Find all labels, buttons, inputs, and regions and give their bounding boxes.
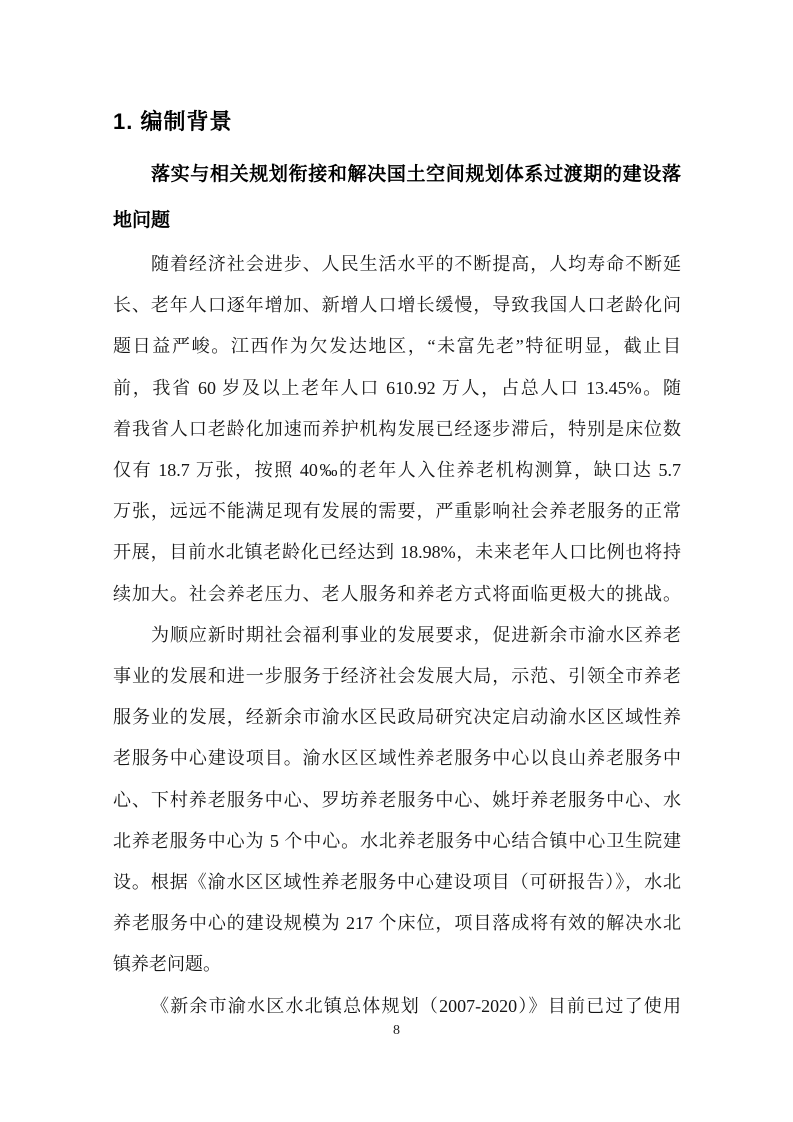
text-line: 设。根据《渝水区区域性养老服务中心建设项目（可研报告）》，水北 bbox=[113, 862, 681, 903]
text-line: 仅有 18.7 万张，按照 40‰的老年人入住养老机构测算，缺口达 5.7 bbox=[113, 450, 681, 491]
text-line: 落实与相关规划衔接和解决国土空间规划体系过渡期的建设落 bbox=[113, 152, 681, 198]
document-content: 1. 编制背景 落实与相关规划衔接和解决国土空间规划体系过渡期的建设落地问题随着… bbox=[113, 0, 681, 1027]
body-paragraph-2: 为顺应新时期社会福利事业的发展要求，促进新余市渝水区养老事业的发展和进一步服务于… bbox=[113, 615, 681, 986]
text-line: 随着经济社会进步、人民生活水平的不断提高，人均寿命不断延 bbox=[113, 244, 681, 285]
text-line: 万张，远远不能满足现有发展的需要，严重影响社会养老服务的正常 bbox=[113, 491, 681, 532]
text-line: 服务业的发展，经新余市渝水区民政局研究决定启动渝水区区域性养 bbox=[113, 697, 681, 738]
paragraphs-container: 落实与相关规划衔接和解决国土空间规划体系过渡期的建设落地问题随着经济社会进步、人… bbox=[113, 152, 681, 1027]
text-line: 地问题 bbox=[113, 198, 681, 244]
text-line: 养老服务中心的建设规模为 217 个床位，项目落成将有效的解决水北 bbox=[113, 903, 681, 944]
text-line: 长、老年人口逐年增加、新增人口增长缓慢，导致我国人口老龄化问 bbox=[113, 285, 681, 326]
document-page: 1. 编制背景 落实与相关规划衔接和解决国土空间规划体系过渡期的建设落地问题随着… bbox=[0, 0, 793, 1122]
text-line: 心、下村养老服务中心、罗坊养老服务中心、姚圩养老服务中心、水 bbox=[113, 780, 681, 821]
text-line: 前，我省 60 岁及以上老年人口 610.92 万人，占总人口 13.45%。随 bbox=[113, 368, 681, 409]
body-paragraph-3: 《新余市渝水区水北镇总体规划（2007-2020）》目前已过了使用 bbox=[113, 986, 681, 1027]
body-paragraph-1: 随着经济社会进步、人民生活水平的不断提高，人均寿命不断延长、老年人口逐年增加、新… bbox=[113, 244, 681, 615]
text-line: 北养老服务中心为 5 个中心。水北养老服务中心结合镇中心卫生院建 bbox=[113, 821, 681, 862]
text-line: 镇养老问题。 bbox=[113, 944, 681, 985]
text-line: 续加大。社会养老压力、老人服务和养老方式将面临更极大的挑战。 bbox=[113, 574, 681, 615]
subheading-paragraph: 落实与相关规划衔接和解决国土空间规划体系过渡期的建设落地问题 bbox=[113, 152, 681, 244]
text-line: 开展，目前水北镇老龄化已经达到 18.98%，未来老年人口比例也将持 bbox=[113, 532, 681, 573]
text-line: 老服务中心建设项目。渝水区区域性养老服务中心以良山养老服务中 bbox=[113, 738, 681, 779]
section-heading: 1. 编制背景 bbox=[113, 106, 681, 138]
text-line: 事业的发展和进一步服务于经济社会发展大局，示范、引领全市养老 bbox=[113, 656, 681, 697]
text-line: 为顺应新时期社会福利事业的发展要求，促进新余市渝水区养老 bbox=[113, 615, 681, 656]
page-number: 8 bbox=[0, 1022, 793, 1040]
text-line: 《新余市渝水区水北镇总体规划（2007-2020）》目前已过了使用 bbox=[113, 986, 681, 1027]
text-line: 题日益严峻。江西作为欠发达地区，“未富先老”特征明显，截止目 bbox=[113, 326, 681, 367]
text-line: 着我省人口老龄化加速而养护机构发展已经逐步滞后，特别是床位数 bbox=[113, 409, 681, 450]
